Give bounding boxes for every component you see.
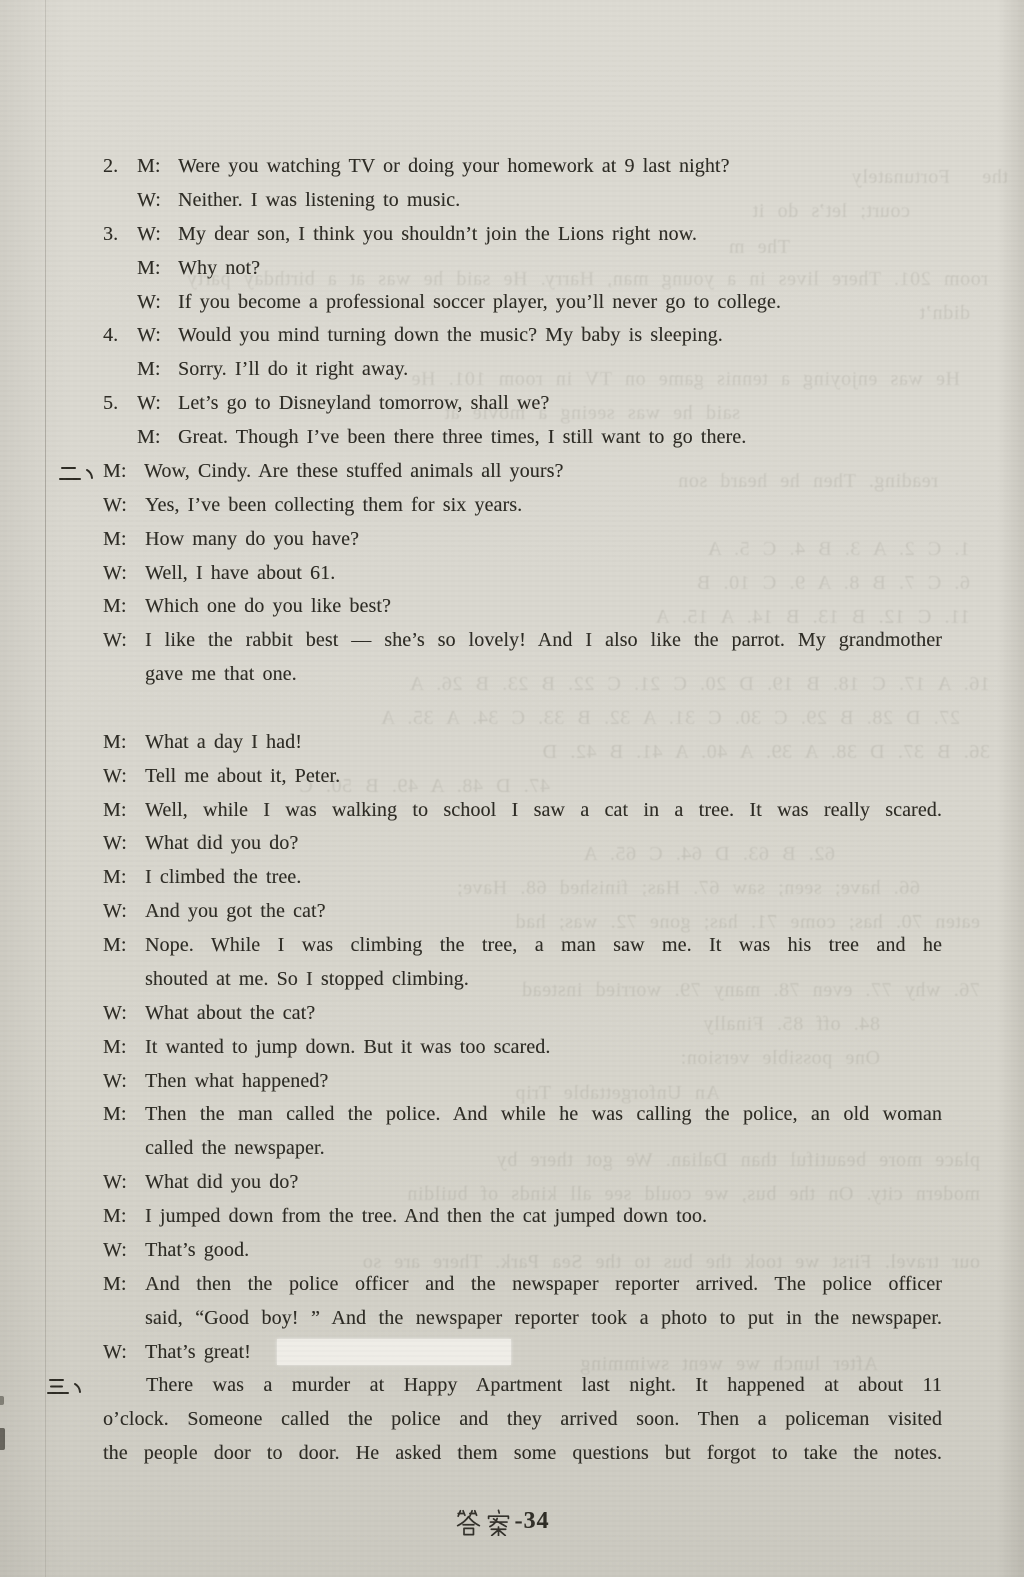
script-line: M:How many do you have?: [0, 523, 1024, 557]
dialogue-text: called the newspaper.: [145, 1132, 942, 1166]
dialogue-text: Then what happened?: [145, 1065, 942, 1099]
script-line: gave me that one.: [0, 658, 1024, 692]
dialogue-text: Why not?: [178, 252, 942, 286]
speaker-label: M:: [103, 1200, 145, 1234]
whiteout-box: [277, 1339, 511, 1365]
footer-answer-glyphs-icon: [455, 1509, 482, 1536]
dialogue-text: Neither. I was listening to music.: [178, 184, 942, 218]
dialogue-text: What did you do?: [145, 827, 942, 861]
dialogue-text: Were you watching TV or doing your homew…: [178, 150, 942, 184]
dialogue-text: the people door to door. He asked them s…: [103, 1437, 942, 1471]
dialogue-text: That’s great!: [145, 1336, 942, 1370]
script-line: 5.W:Let’s go to Disneyland tomorrow, sha…: [0, 387, 1024, 421]
script-line: shouted at me. So I stopped climbing.: [0, 963, 1024, 997]
speaker-label: M:: [137, 150, 178, 184]
blank-line: [0, 692, 1024, 726]
dialogue-text: shouted at me. So I stopped climbing.: [145, 963, 942, 997]
speaker-label: W:: [137, 387, 178, 421]
script-line: M:I climbed the tree.: [0, 861, 1024, 895]
speaker-label: W:: [103, 624, 145, 658]
speaker-label: W:: [103, 760, 145, 794]
dialogue-text: Let’s go to Disneyland tomorrow, shall w…: [178, 387, 942, 421]
speaker-label: M:: [103, 1268, 145, 1302]
line-number: 3.: [103, 218, 137, 252]
script-line: W:That’s good.: [0, 1234, 1024, 1268]
script-line: M:Why not?: [0, 252, 1024, 286]
scan-edge-mark: [0, 1428, 5, 1450]
speaker-label: M:: [103, 590, 145, 624]
script-line: 4.W:Would you mind turning down the musi…: [0, 319, 1024, 353]
dialogue-text: If you become a professional soccer play…: [178, 286, 942, 320]
dialogue-text: Well, while I was walking to school I sa…: [145, 794, 942, 828]
script-line: M:And then the police officer and the ne…: [0, 1268, 1024, 1302]
section-marker-icon: [45, 1369, 103, 1403]
dialogue-text: And then the police officer and the news…: [145, 1268, 942, 1302]
dialogue-text: I climbed the tree.: [145, 861, 942, 895]
script-line: the people door to door. He asked them s…: [0, 1437, 1024, 1471]
speaker-label: M:: [137, 421, 178, 455]
script-line: W:Tell me about it, Peter.: [0, 760, 1024, 794]
script-line: M:What a day I had!: [0, 726, 1024, 760]
speaker-label: W:: [103, 489, 145, 523]
script-line: said, “Good boy! ” And the newspaper rep…: [0, 1302, 1024, 1336]
script-line: W:What did you do?: [0, 1166, 1024, 1200]
footer-answer-glyphs-icon: [485, 1509, 512, 1536]
script-line: M:Great. Though I’ve been there three ti…: [0, 421, 1024, 455]
speaker-label: M:: [103, 861, 145, 895]
dialogue-text: I like the rabbit best — she’s so lovely…: [145, 624, 942, 658]
scan-edge-mark: [0, 1396, 4, 1405]
speaker-label: W:: [103, 997, 145, 1031]
line-number: 5.: [103, 387, 137, 421]
speaker-label: M:: [103, 794, 145, 828]
script-line: There was a murder at Happy Apartment la…: [0, 1369, 1024, 1403]
dialogue-text: It wanted to jump down. But it was too s…: [145, 1031, 942, 1065]
script-line: M:It wanted to jump down. But it was too…: [0, 1031, 1024, 1065]
speaker-label: W:: [103, 1234, 145, 1268]
script-line: W:If you become a professional soccer pl…: [0, 286, 1024, 320]
speaker-label: W:: [103, 1336, 145, 1370]
speaker-label: M:: [103, 1031, 145, 1065]
dialogue-text: Great. Though I’ve been there three time…: [178, 421, 942, 455]
dialogue-text: Would you mind turning down the music? M…: [178, 319, 942, 353]
script-line: W:And you got the cat?: [0, 895, 1024, 929]
script-line: W:I like the rabbit best — she’s so love…: [0, 624, 1024, 658]
dialogue-text: Yes, I’ve been collecting them for six y…: [145, 489, 942, 523]
speaker-label: M:: [103, 726, 145, 760]
dialogue-text: Which one do you like best?: [145, 590, 942, 624]
script-line: W:Yes, I’ve been collecting them for six…: [0, 489, 1024, 523]
dialogue-text: Wow, Cindy. Are these stuffed animals al…: [144, 455, 942, 489]
speaker-label: W:: [103, 1065, 145, 1099]
script-line: W:That’s great!: [0, 1336, 1024, 1370]
speaker-label: W:: [137, 184, 178, 218]
script-line: W:Neither. I was listening to music.: [0, 184, 1024, 218]
speaker-label: W:: [103, 827, 145, 861]
dialogue-text: What about the cat?: [145, 997, 942, 1031]
section-marker-icon: [57, 455, 103, 489]
dialogue-text: o’clock. Someone called the police and t…: [103, 1403, 942, 1437]
line-number: 4.: [103, 319, 137, 353]
script-rows: 2.M:Were you watching TV or doing your h…: [0, 150, 1024, 1471]
speaker-label: M:: [137, 353, 178, 387]
speaker-label: W:: [137, 286, 178, 320]
dialogue-text: Well, I have about 61.: [145, 557, 942, 591]
script-line: called the newspaper.: [0, 1132, 1024, 1166]
footer-page-label: -34: [0, 1509, 1014, 1536]
speaker-label: W:: [103, 895, 145, 929]
script-line: o’clock. Someone called the police and t…: [0, 1403, 1024, 1437]
speaker-label: W:: [103, 557, 145, 591]
dialogue-text: gave me that one.: [145, 658, 942, 692]
scanned-page: Fortunatelythecourt; let’s do itThe mroo…: [0, 0, 1024, 1577]
dialogue-text: said, “Good boy! ” And the newspaper rep…: [145, 1302, 942, 1336]
speaker-label: M:: [103, 1098, 145, 1132]
dialogue-text: There was a murder at Happy Apartment la…: [103, 1369, 942, 1403]
script-line: 3.W:My dear son, I think you shouldn’t j…: [0, 218, 1024, 252]
dialogue-text: Nope. While I was climbing the tree, a m…: [145, 929, 942, 963]
speaker-label: M:: [103, 523, 145, 557]
speaker-label: W:: [137, 319, 178, 353]
speaker-label: W:: [137, 218, 178, 252]
dialogue-text: I jumped down from the tree. And then th…: [145, 1200, 942, 1234]
speaker-label: W:: [103, 1166, 145, 1200]
script-line: M:Nope. While I was climbing the tree, a…: [0, 929, 1024, 963]
speaker-label: M:: [103, 929, 145, 963]
dialogue-text: My dear son, I think you shouldn’t join …: [178, 218, 942, 252]
dialogue-text: What a day I had!: [145, 726, 942, 760]
script-line: W:What did you do?: [0, 827, 1024, 861]
dialogue-text: Tell me about it, Peter.: [145, 760, 942, 794]
dialogue-text: Sorry. I’ll do it right away.: [178, 353, 942, 387]
script-line: M:Well, while I was walking to school I …: [0, 794, 1024, 828]
script-line: M:Which one do you like best?: [0, 590, 1024, 624]
dialogue-text: What did you do?: [145, 1166, 942, 1200]
script-line: W:Well, I have about 61.: [0, 557, 1024, 591]
dialogue-text: Then the man called the police. And whil…: [145, 1098, 942, 1132]
speaker-label: M:: [103, 455, 144, 489]
dialogue-text: And you got the cat?: [145, 895, 942, 929]
script-line: W:What about the cat?: [0, 997, 1024, 1031]
script-line: M:Sorry. I’ll do it right away.: [0, 353, 1024, 387]
script-line: W:Then what happened?: [0, 1065, 1024, 1099]
line-number: 2.: [103, 150, 137, 184]
script-line: M:Wow, Cindy. Are these stuffed animals …: [0, 455, 1024, 489]
script-line: M:Then the man called the police. And wh…: [0, 1098, 1024, 1132]
footer-page-number: -34: [515, 1508, 550, 1535]
dialogue-text: How many do you have?: [145, 523, 942, 557]
script-line: M:I jumped down from the tree. And then …: [0, 1200, 1024, 1234]
speaker-label: M:: [137, 252, 178, 286]
dialogue-text: That’s good.: [145, 1234, 942, 1268]
script-line: 2.M:Were you watching TV or doing your h…: [0, 150, 1024, 184]
